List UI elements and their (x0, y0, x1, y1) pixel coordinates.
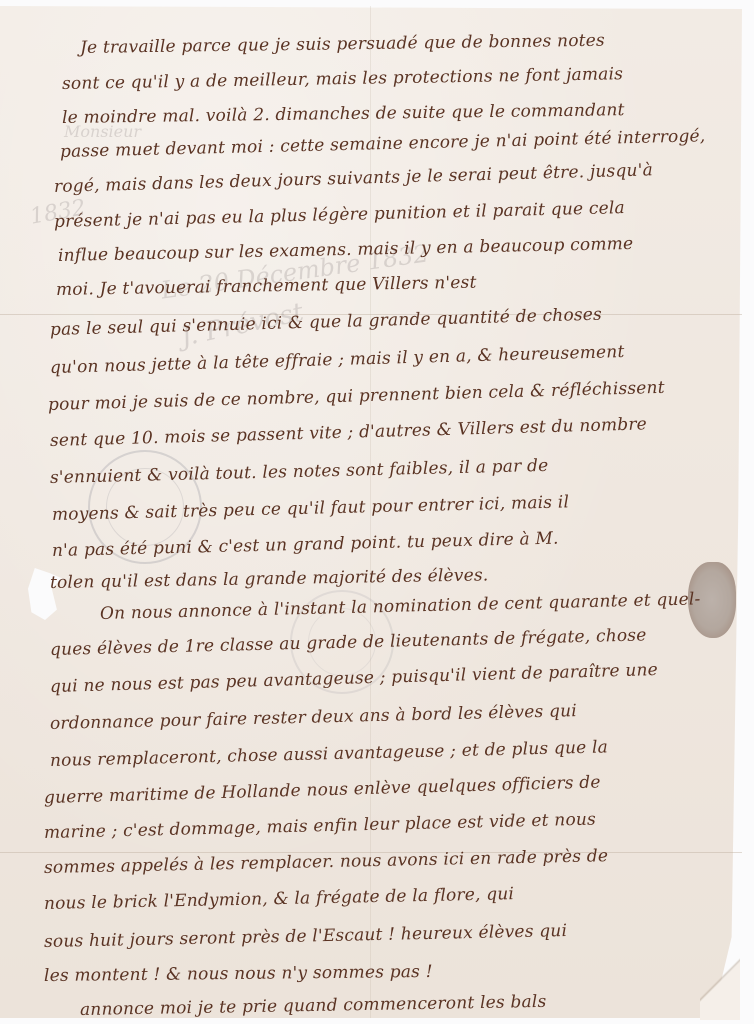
text-line: pas le seul qui s'ennuie ici & que la gr… (50, 305, 603, 340)
text-line: pour moi je suis de ce nombre, qui prenn… (48, 378, 665, 415)
text-line: tolen qu'il est dans la grande majorité … (50, 565, 489, 593)
text-line: qui ne nous est pas peu avantageuse ; pu… (50, 660, 658, 697)
text-line: présent je n'ai pas eu la plus légère pu… (54, 198, 625, 232)
text-line: nous le brick l'Endymion, & la frégate d… (44, 884, 515, 914)
text-line: passe muet devant moi : cette semaine en… (60, 126, 706, 162)
text-line: Je travaille parce que je suis persuadé … (80, 31, 605, 58)
text-line: annonce moi je te prie quand commenceron… (80, 992, 547, 1020)
text-line: le moindre mal. voilà 2. dimanches de su… (62, 100, 625, 128)
text-line: sent que 10. mois se passent vite ; d'au… (50, 414, 647, 451)
text-line: ordonnance pour faire rester deux ans à … (50, 701, 577, 734)
text-line: sont ce qu'il y a de meilleur, mais les … (62, 64, 623, 94)
text-line: guerre maritime de Hollande nous enlève … (44, 772, 601, 808)
text-line: ques élèves de 1re classe au grade de li… (50, 625, 647, 660)
handwritten-text-body: Je travaille parce que je suis persuadé … (0, 0, 754, 1024)
text-line: les montent ! & nous nous n'y sommes pas… (44, 962, 433, 986)
text-line: sommes appelés à les remplacer. nous avo… (44, 846, 609, 878)
text-line: On nous annonce à l'instant la nominatio… (100, 589, 701, 624)
text-line: rogé, mais dans les deux jours suivants … (54, 160, 653, 197)
text-line: influe beaucoup sur les examens. mais il… (58, 234, 634, 266)
text-line: sous huit jours seront près de l'Escaut … (44, 921, 568, 952)
text-line: qu'on nous jette à la tête effraie ; mai… (50, 342, 625, 378)
text-line: moi. Je t'avouerai franchement que Ville… (56, 273, 477, 300)
text-line: moyens & sait très peu ce qu'il faut pou… (52, 492, 570, 525)
text-line: marine ; c'est dommage, mais enfin leur … (44, 810, 596, 843)
text-line: s'ennuient & voilà tout. les notes sont … (50, 456, 549, 488)
text-line: n'a pas été puni & c'est un grand point.… (52, 529, 559, 561)
text-line: nous remplaceront, chose aussi avantageu… (50, 737, 608, 771)
